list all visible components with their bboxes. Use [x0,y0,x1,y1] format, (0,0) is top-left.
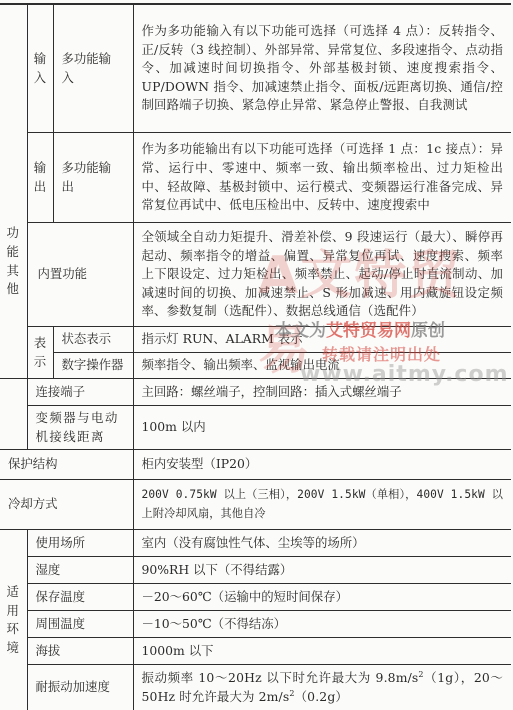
item-label: 耐振动加速度 [27,665,133,710]
subgroup-text: 输出 [34,159,47,196]
subgroup-text: 表示 [34,334,47,371]
item-text: 多功能输入 [62,50,114,87]
item-value: 频率指令、输出频率、监视输出电流 [133,353,511,379]
table-row: 耐振动加速度 振动频率 10～20Hz 以下时允许最大为 9.8m/s2（1g）… [0,665,511,710]
item-label: 冷却方式 [0,480,133,530]
item-label: 使用场所 [27,530,133,557]
item-label: 多功能输出 [53,133,133,223]
group-label-functions: 功能其他 [0,5,27,379]
item-label: 连接端子 [27,379,133,406]
inverter-spec-table: 功能其他 输入 多功能输入 作为多功能输入有以下功能可选择（可选择 4 点）：反… [0,3,511,710]
table-row: 输出 多功能输出 作为多功能输出有以下功能可选择（可选择 1 点：1c 接点）：… [0,133,511,223]
table-row: 内置功能 全领域全自动力矩提升、滑差补偿、9 段速运行（最大）、瞬停再起动、频率… [0,223,511,327]
item-value: 全领域全自动力矩提升、滑差补偿、9 段速运行（最大）、瞬停再起动、频率指令的增益… [133,223,511,327]
group-label-environment: 适用环境 [0,530,27,710]
group-label-text: 适用环境 [6,583,19,657]
item-value: 室内（没有腐蚀性气体、尘埃等的场所） [133,530,511,557]
table-row: 表示 状态表示 指示灯 RUN、ALARM 表示 [0,327,511,353]
item-label: 保存温度 [27,584,133,611]
item-value: 作为多功能输出有以下功能可选择（可选择 1 点：1c 接点）：异常、运行中、零速… [133,133,511,223]
item-label: 数字操作器 [53,353,133,379]
item-label: 状态表示 [53,327,133,353]
table-row: 变频器与电动机接线距离 100m 以内 [0,406,511,450]
item-value: 作为多功能输入有以下功能可选择（可选择 4 点）：反转指令、正/反转（3 线控制… [133,5,511,133]
spec-table-page: 功能其他 输入 多功能输入 作为多功能输入有以下功能可选择（可选择 4 点）：反… [0,0,513,710]
item-label: 多功能输入 [53,5,133,133]
table-row: 保存温度 －20～60℃（运输中的短时间保存） [0,584,511,611]
item-value: 1000m 以下 [133,638,511,665]
table-row: 数字操作器 频率指令、输出频率、监视输出电流 [0,353,511,379]
table-row: 保护结构 柜内安装型（IP20） [0,450,511,480]
item-label: 湿度 [27,557,133,584]
table-row: 连接端子 主回路：螺丝端子，控制回路：插入式螺丝端子 [0,379,511,406]
item-value: 柜内安装型（IP20） [133,450,511,480]
item-text: 多功能输出 [62,159,114,196]
item-text: 变频器与电动机接线距离 [36,410,119,444]
table-row: 湿度 90%RH 以下（不得结露） [0,557,511,584]
table-row: 功能其他 输入 多功能输入 作为多功能输入有以下功能可选择（可选择 4 点）：反… [0,5,511,133]
group-continuation [0,379,27,406]
item-value: 主回路：螺丝端子，控制回路：插入式螺丝端子 [133,379,511,406]
subgroup-label-input: 输入 [27,5,53,133]
item-value: －20～60℃（运输中的短时间保存） [133,584,511,611]
table-row: 周围温度 －10～50℃（不得结冻） [0,611,511,638]
value-text: 振动频率 10～20Hz 以下时允许最大为 9.8m/s [142,670,419,685]
item-label: 内置功能 [27,223,133,327]
item-label: 保护结构 [0,450,133,480]
subgroup-text: 输入 [34,50,47,87]
item-label: 海拔 [27,638,133,665]
item-label: 周围温度 [27,611,133,638]
group-continuation [0,406,27,450]
table-row: 冷却方式 200V 0.75kW 以上（三相），200V 1.5kW（单相），4… [0,480,511,530]
item-value: 200V 0.75kW 以上（三相），200V 1.5kW（单相），400V 1… [133,480,511,530]
item-value: 90%RH 以下（不得结露） [133,557,511,584]
item-value: －10～50℃（不得结冻） [133,611,511,638]
item-value: 振动频率 10～20Hz 以下时允许最大为 9.8m/s2（1g），20～50H… [133,665,511,710]
item-value: 100m 以内 [133,406,511,450]
group-label-text: 功能其他 [6,224,19,298]
subgroup-label-display: 表示 [27,327,53,379]
table-row: 适用环境 使用场所 室内（没有腐蚀性气体、尘埃等的场所） [0,530,511,557]
value-text: （0.2g） [295,689,348,704]
item-value: 指示灯 RUN、ALARM 表示 [133,327,511,353]
table-row: 海拔 1000m 以下 [0,638,511,665]
item-label: 变频器与电动机接线距离 [27,406,133,450]
subgroup-label-output: 输出 [27,133,53,223]
